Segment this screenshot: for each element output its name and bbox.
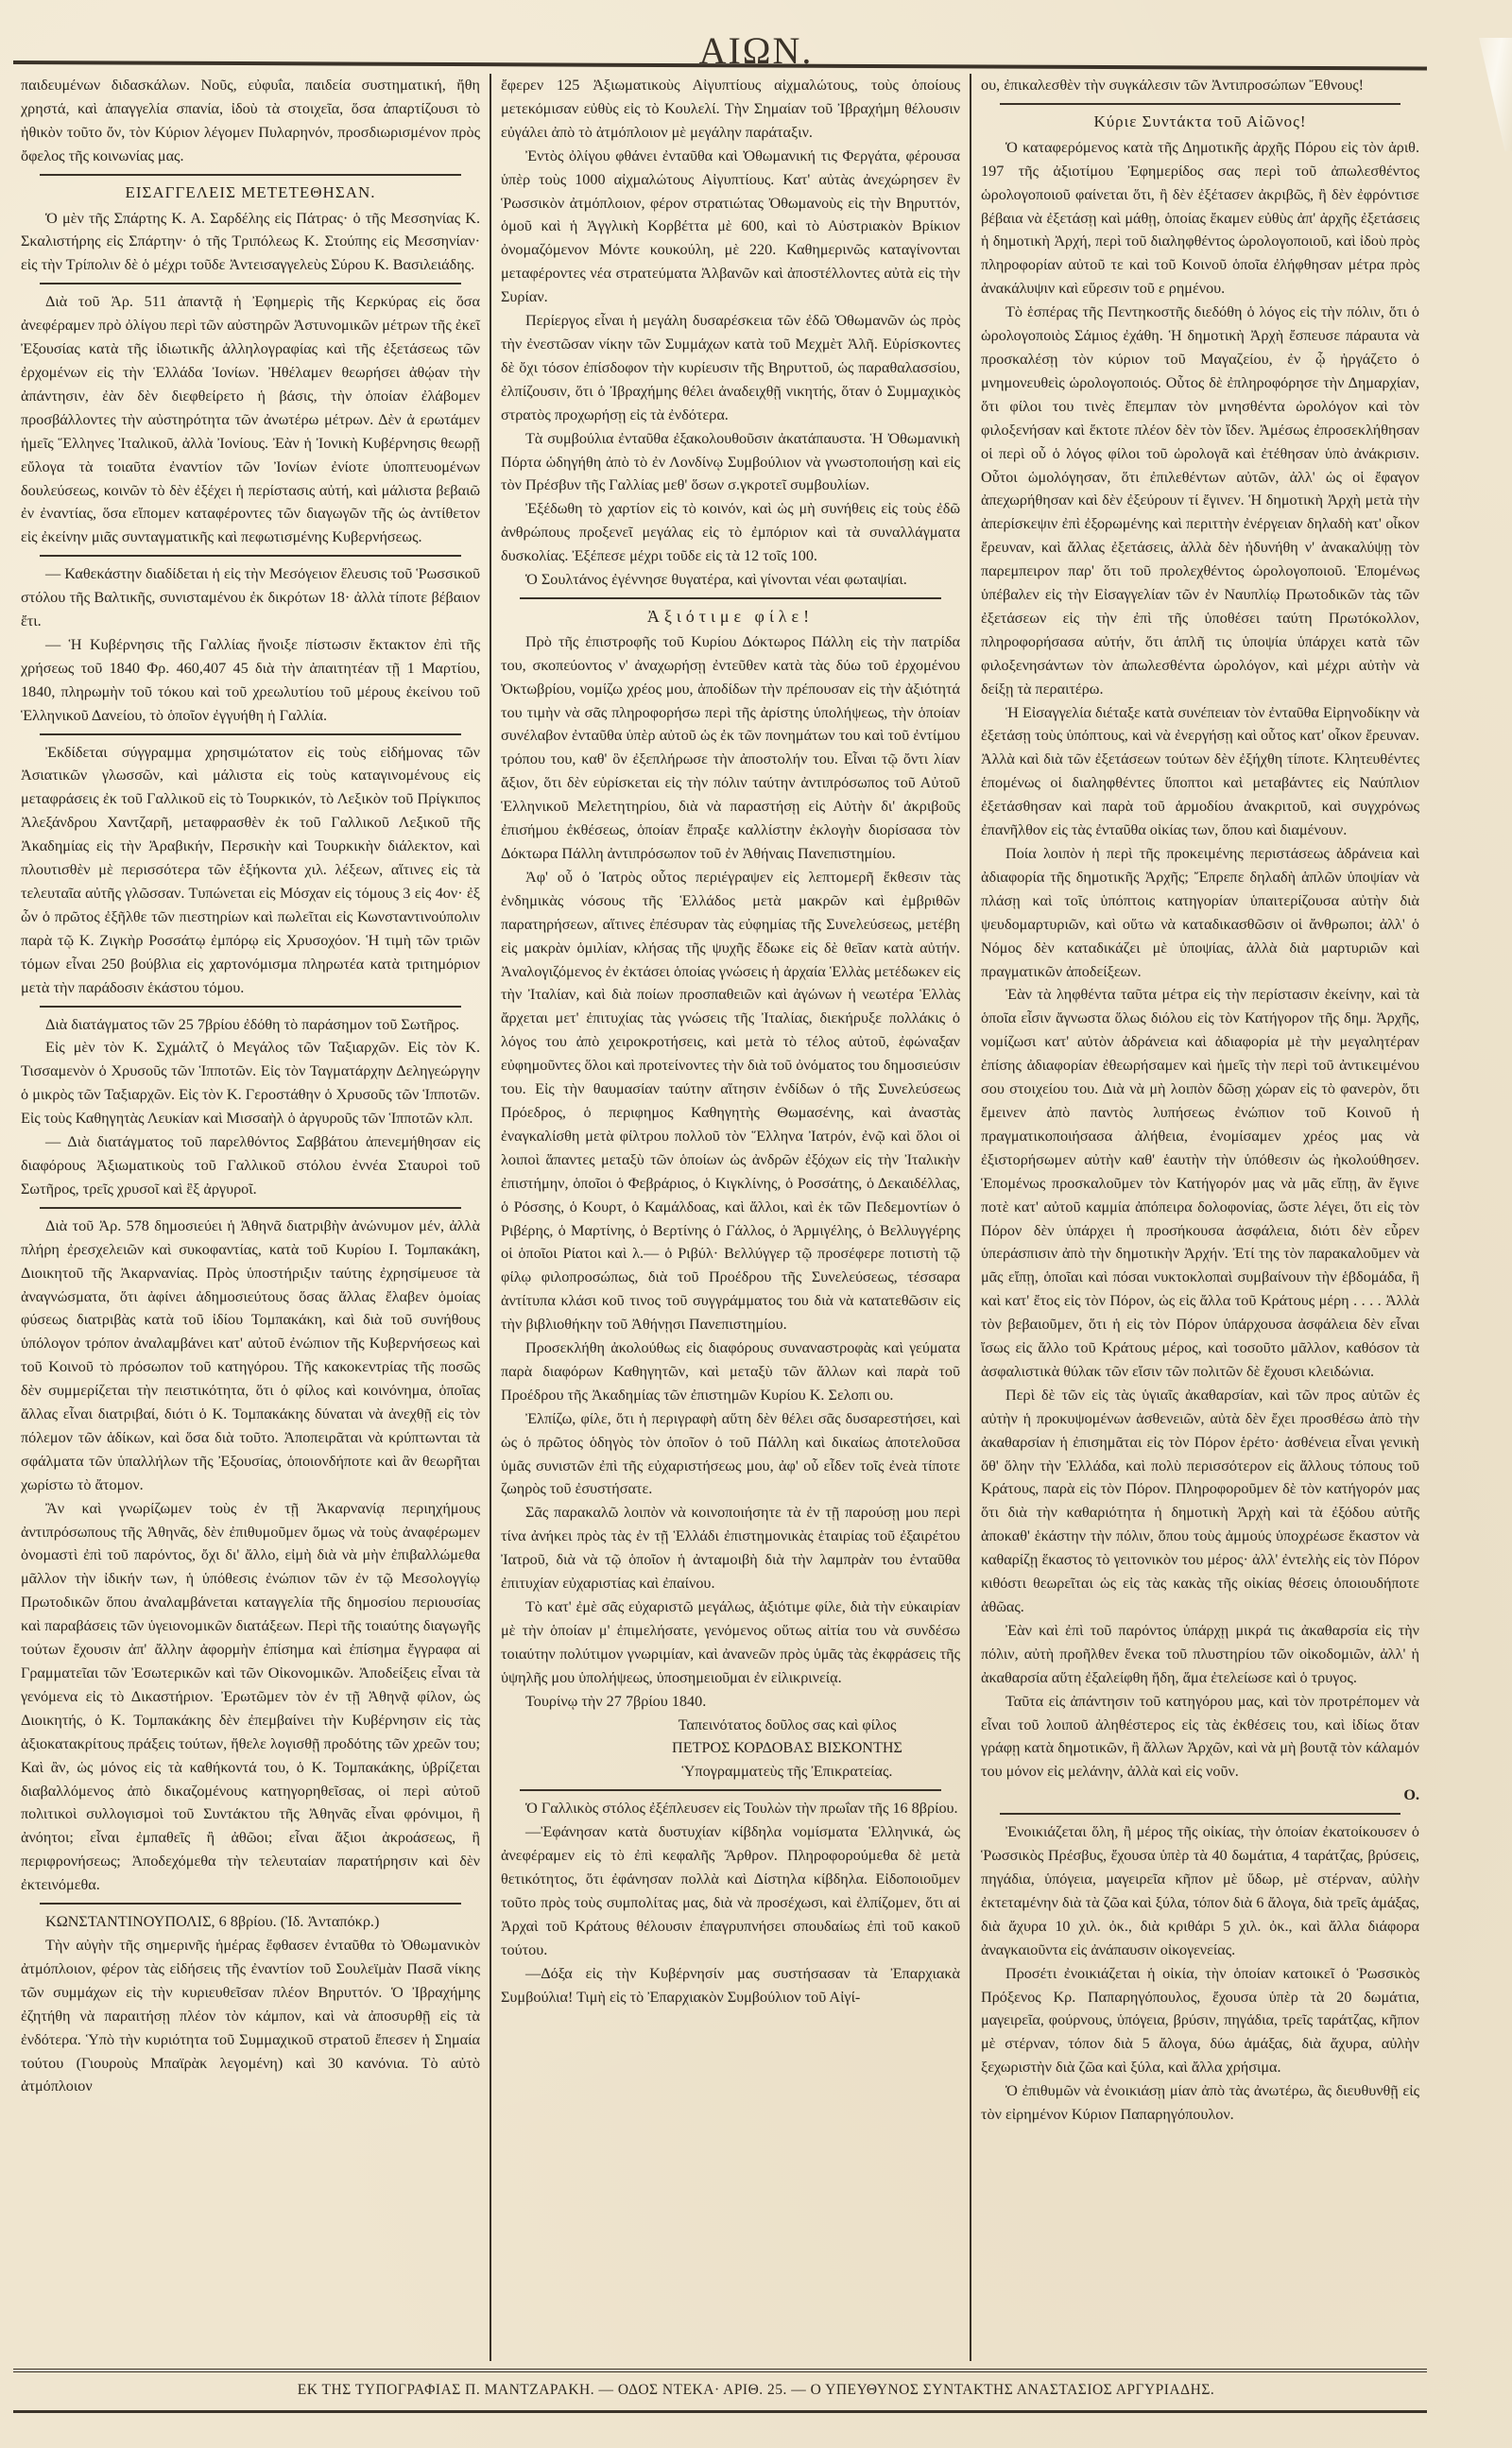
article-paragraph: Τουρίνῳ τὴν 27 7βρίου 1840. — [501, 1690, 960, 1714]
column-2: ἔφερεν 125 Ἀξιωματικοὺς Αἰγυπτίους αἰχμα… — [491, 74, 971, 2361]
article-paragraph: Ἐκδίδεται σύγγραμμα χρησιμώτατον εἰς τοὺ… — [21, 741, 480, 1000]
section-divider — [40, 283, 461, 284]
section-divider — [40, 1207, 461, 1209]
section-divider — [40, 1006, 461, 1008]
section-heading: ΕΙΣΑΓΓΕΛΕΙΣ ΜΕΤΕΤΕΘΗΣΑΝ. — [21, 181, 480, 205]
article-paragraph: Σᾶς παρακαλῶ λοιπὸν νὰ κοινοποιήσητε τὰ … — [501, 1501, 960, 1595]
article-paragraph: — Διὰ διατάγματος τοῦ παρελθόντος Σαββάτ… — [21, 1130, 480, 1201]
article-paragraph: Εἰς μὲν τὸν Κ. Σχμάλτζ ὁ Μεγάλος τῶν Ταξ… — [21, 1036, 480, 1130]
article-paragraph: Διὰ τοῦ Ἀρ. 578 δημοσιεύει ἡ Ἀθηνᾶ διατρ… — [21, 1215, 480, 1497]
article-paragraph: — Καθεκάστην διαδίδεται ἡ εἰς τὴν Μεσόγε… — [21, 562, 480, 633]
article-paragraph: ου, ἐπικαλεσθὲν τὴν συγκάλεσιν τῶν Ἀντιπ… — [981, 74, 1419, 97]
footer-rule-top — [13, 2369, 1427, 2372]
column-1: παιδευμένων διδασκάλων. Νοῦς, εὐφυΐα, πα… — [11, 74, 491, 2361]
article-paragraph: Ὁ ἐπιθυμῶν νὰ ἐνοικιάσῃ μίαν ἀπὸ τὰς ἀνω… — [981, 2079, 1419, 2127]
article-paragraph: Ἐξέδωθη τὸ χαρτίον εἰς τὸ κοινόν, καὶ ὡς… — [501, 497, 960, 568]
section-divider — [1000, 1813, 1400, 1815]
section-divider — [40, 1903, 461, 1905]
article-paragraph: Διὰ τοῦ Ἀρ. 511 ἀπαντᾷ ἡ Ἐφημερὶς τῆς Κε… — [21, 290, 480, 549]
article-paragraph: Τὸ ἑσπέρας τῆς Πεντηκοστῆς διεδόθη ὁ λόγ… — [981, 301, 1419, 700]
article-paragraph: Ἐνοικιάζεται ὅλη, ἢ μέρος τῆς οἰκίας, τὴ… — [981, 1820, 1419, 1961]
article-paragraph: Προσέτι ἐνοικιάζεται ἡ οἰκία, τὴν ὁποίαν… — [981, 1962, 1419, 2080]
article-paragraph: — Ἡ Κυβέρνησις τῆς Γαλλίας ἤνοιξε πίστωσ… — [21, 633, 480, 728]
letter-signature: Ταπεινότατος δοῦλος σας καὶ φίλος — [501, 1714, 960, 1737]
section-divider — [1000, 103, 1400, 105]
article-paragraph: Ἐὰν τὰ ληφθέντα ταῦτα μέτρα εἰς τὴν περί… — [981, 983, 1419, 1383]
article-paragraph: Προσεκλήθη ἀκολούθως εἰς διαφόρους συναν… — [501, 1336, 960, 1407]
article-paragraph: Ἐὰν καὶ ἐπὶ τοῦ παρόντος ὑπάρχῃ μικρά τι… — [981, 1619, 1419, 1690]
article-paragraph: Τὴν αὐγὴν τῆς σημερινῆς ἡμέρας ἔφθασεν ἐ… — [21, 1934, 480, 2098]
section-heading: Κύριε Συντάκτα τοῦ Αἰῶνος! — [981, 111, 1419, 134]
section-divider — [520, 1789, 941, 1791]
section-divider — [520, 597, 941, 599]
article-paragraph: Ἐλπίζω, φίλε, ὅτι ἡ περιγραφὴ αὕτη δὲν θ… — [501, 1407, 960, 1502]
article-paragraph: Ἂν καὶ γνωρίζωμεν τοὺς ἐν τῇ Ἀκαρνανίᾳ π… — [21, 1497, 480, 1897]
article-paragraph: Περίεργος εἶναι ἡ μεγάλη δυσαρέσκεια τῶν… — [501, 309, 960, 427]
section-divider — [40, 174, 461, 176]
letter-signature: ΠΕΤΡΟΣ ΚΟΡΔΟΒΑΣ ΒΙΣΚΟΝΤΗΣ — [501, 1736, 960, 1760]
article-paragraph: Ὁ μὲν τῆς Σπάρτης Κ. Α. Σαρδέλης εἰς Πάτ… — [21, 207, 480, 278]
section-divider — [40, 733, 461, 735]
section-heading: Ἀξιότιμε φίλε! — [501, 605, 960, 629]
article-paragraph: Διὰ διατάγματος τῶν 25 7βρίου ἐδόθη τὸ π… — [21, 1013, 480, 1037]
article-paragraph: Πρὸ τῆς ἐπιστροφῆς τοῦ Κυρίου Δόκτωρος Π… — [501, 630, 960, 866]
footer-rule-bottom — [13, 2410, 1427, 2413]
article-paragraph: —Δόξα εἰς τὴν Κυβέρνησίν μας συστήσασαν … — [501, 1962, 960, 2009]
printer-imprint: ΕΚ ΤΗΣ ΤΥΠΟΓΡΑΦΙΑΣ Π. ΜΑΝΤΖΑΡΑΚΗ. — ΟΔΟΣ… — [0, 2382, 1512, 2399]
column-3: ου, ἐπικαλεσθὲν τὴν συγκάλεσιν τῶν Ἀντιπ… — [971, 74, 1429, 2361]
article-paragraph: Ἡ Εἰσαγγελία διέταξε κατὰ συνέπειαν τὸν … — [981, 701, 1419, 842]
section-divider — [40, 555, 461, 557]
article-columns: παιδευμένων διδασκάλων. Νοῦς, εὐφυΐα, πα… — [11, 74, 1429, 2361]
letter-signature: Ὑπογραμματεὺς τῆς Ἐπικρατείας. — [501, 1760, 960, 1784]
article-paragraph: Ὁ Σουλτάνος ἐγέννησε θυγατέρα, καὶ γίνον… — [501, 568, 960, 592]
article-paragraph: Ὁ Γαλλικὸς στόλος ἐξέπλευσεν εἰς Τουλὼν … — [501, 1797, 960, 1820]
article-paragraph: παιδευμένων διδασκάλων. Νοῦς, εὐφυΐα, πα… — [21, 74, 480, 168]
article-paragraph: Ταῦτα εἰς ἀπάντησιν τοῦ κατηγόρου μας, κ… — [981, 1690, 1419, 1784]
article-paragraph: ἔφερεν 125 Ἀξιωματικοὺς Αἰγυπτίους αἰχμα… — [501, 74, 960, 145]
article-paragraph: ΚΩΝΣΤΑΝΤΙΝΟΥΠΟΛΙΣ, 6 8βρίου. (Ἰδ. Ἀνταπό… — [21, 1910, 480, 1934]
article-paragraph: Ὁ καταφερόμενος κατὰ τῆς Δημοτικῆς ἀρχῆς… — [981, 136, 1419, 301]
article-paragraph: Ἐντὸς ὀλίγου φθάνει ἐνταῦθα καὶ Ὀθωμανικ… — [501, 145, 960, 309]
article-paragraph: Ἀφ' οὗ ὁ Ἰατρὸς οὗτος περιέγραψεν εἰς λε… — [501, 866, 960, 1336]
article-paragraph: Ποία λοιπὸν ἡ περὶ τῆς προκειμένης περισ… — [981, 842, 1419, 983]
author-initial: Ο. — [981, 1784, 1419, 1807]
article-paragraph: Περὶ δὲ τῶν εἰς τὰς ὑγιαῖς ἀκαθαρσίαν, κ… — [981, 1384, 1419, 1619]
article-paragraph: Τὰ συμβούλια ἐνταῦθα ἐξακολουθοῦσιν ἀκατ… — [501, 427, 960, 498]
article-paragraph: —Ἐφάνησαν κατὰ δυστυχίαν κίβδηλα νομίσμα… — [501, 1820, 960, 1961]
article-paragraph: Τὸ κατ' ἐμὲ σᾶς εὐχαριστῶ μεγάλως, ἀξιότ… — [501, 1595, 960, 1690]
